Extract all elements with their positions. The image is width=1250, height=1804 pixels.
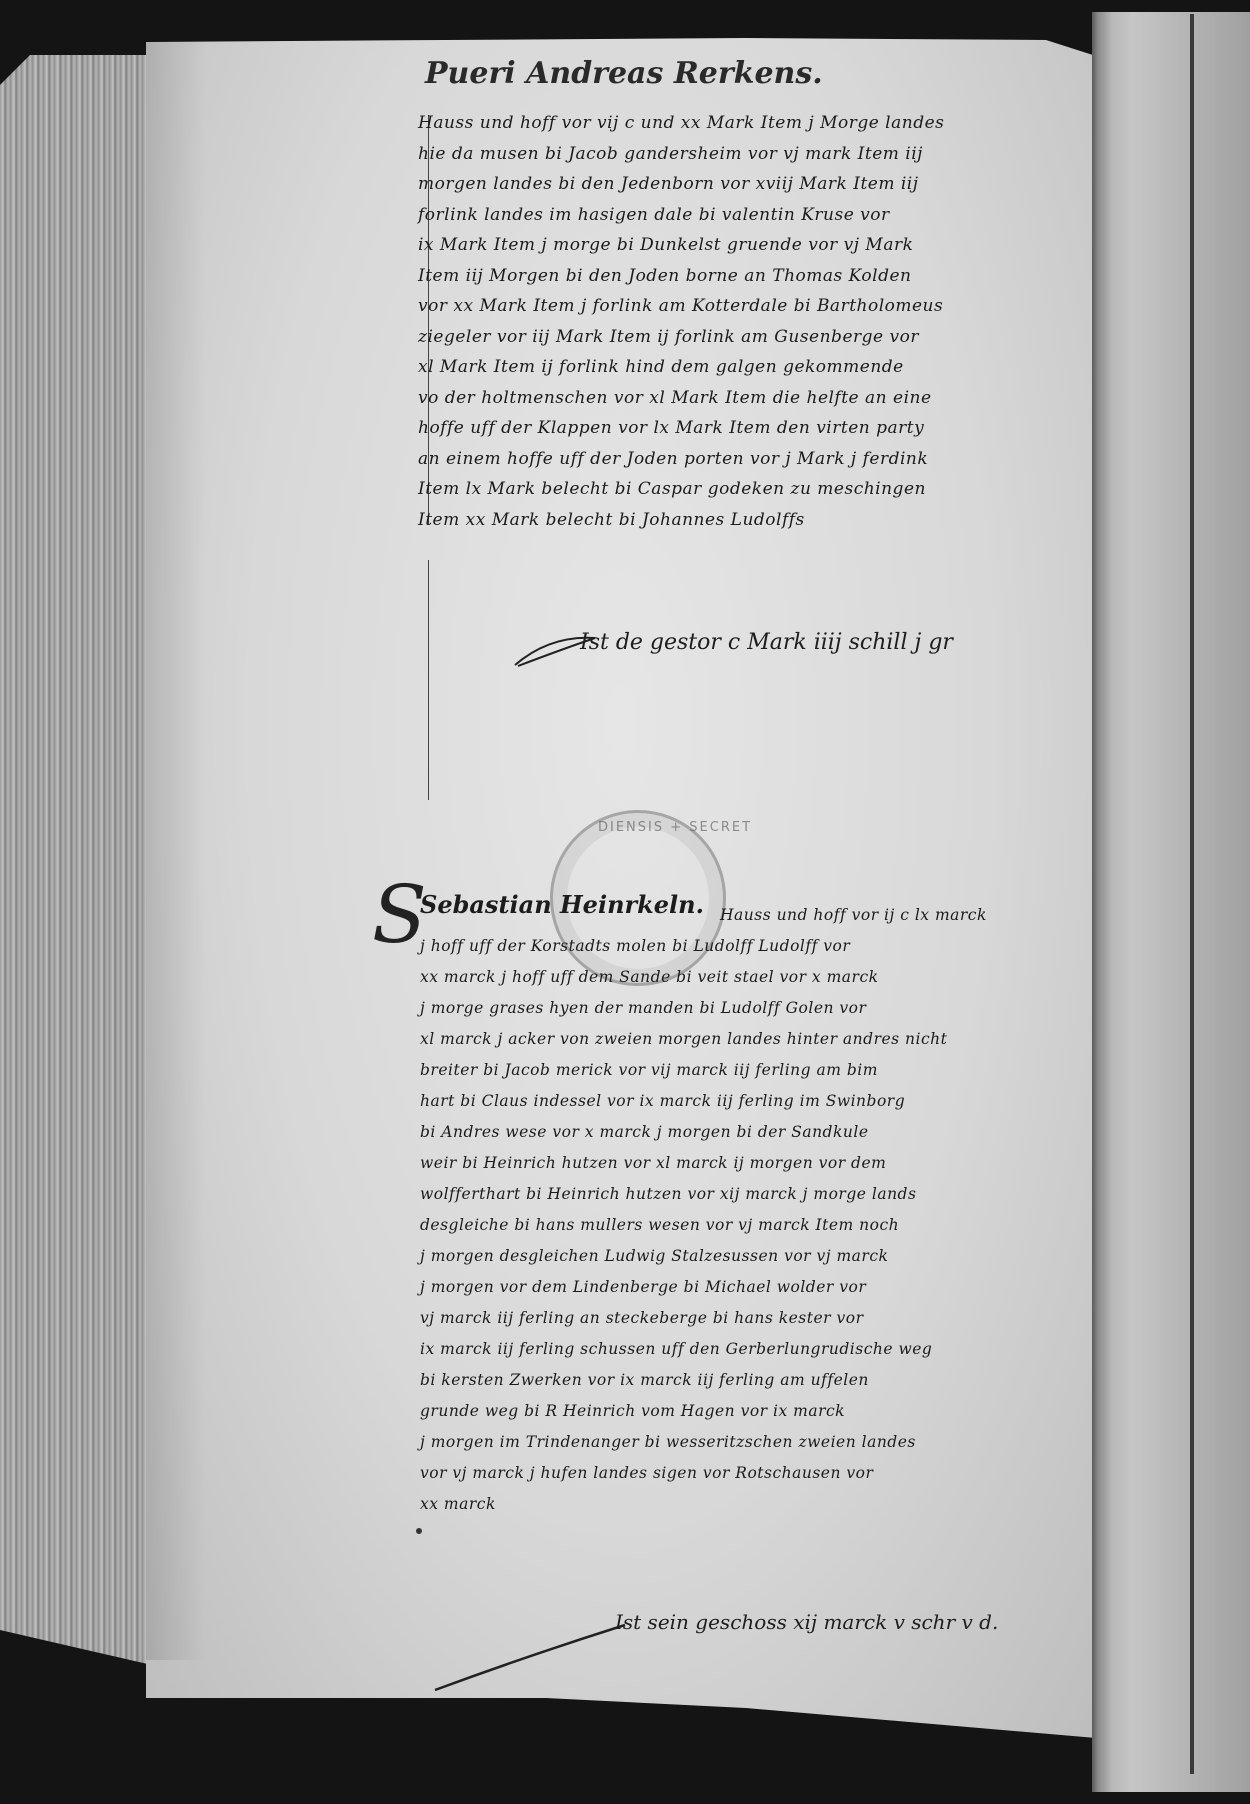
entry2-line: vj marck iij ferling an steckeberge bi h… xyxy=(420,1303,1140,1334)
entry1-line: forlink landes im hasigen dale bi valent… xyxy=(418,200,1138,231)
entry2-line: vor vj marck j hufen landes sigen vor Ro… xyxy=(420,1458,1140,1489)
entry1-line: hie da musen bi Jacob gandersheim vor vj… xyxy=(418,139,1138,170)
entry2-line: grunde weg bi R Heinrich vom Hagen vor i… xyxy=(420,1396,1140,1427)
entry2-line: bi Andres wese vor x marck j morgen bi d… xyxy=(420,1117,1140,1148)
entry1-line: vo der holtmenschen vor xl Mark Item die… xyxy=(418,383,1138,414)
entry2-line: ix marck iij ferling schussen uff den Ge… xyxy=(420,1334,1140,1365)
entry2-summary: Ist sein geschoss xij marck v schr v d. xyxy=(615,1610,998,1634)
entry1-line: Item lx Mark belecht bi Caspar godeken z… xyxy=(418,474,1138,505)
page-stack-edges xyxy=(0,55,152,1804)
entry1-line: ziegeler vor iij Mark Item ij forlink am… xyxy=(418,322,1138,353)
page-shadow xyxy=(146,40,206,1660)
entry1-line: ix Mark Item j morge bi Dunkelst gruende… xyxy=(418,230,1138,261)
entry1-summary: Ist de gestor c Mark iiij schill j gr xyxy=(580,630,953,655)
entry2-line: j morgen vor dem Lindenberge bi Michael … xyxy=(420,1272,1140,1303)
entry2-line: weir bi Heinrich hutzen vor xl marck ij … xyxy=(420,1148,1140,1179)
entry2-line: j morge grases hyen der manden bi Ludolf… xyxy=(420,993,1140,1024)
entry1-line: xl Mark Item ij forlink hind dem galgen … xyxy=(418,352,1138,383)
entry1-line: vor xx Mark Item j forlink am Kotterdale… xyxy=(418,291,1138,322)
entry2-line: bi kersten Zwerken vor ix marck iij ferl… xyxy=(420,1365,1140,1396)
entry1-line: hoffe uff der Klappen vor lx Mark Item d… xyxy=(418,413,1138,444)
entry1-line: Item iij Morgen bi den Joden borne an Th… xyxy=(418,261,1138,292)
entry2-line: hart bi Claus indessel vor ix marck iij … xyxy=(420,1086,1140,1117)
entry1-line: Hauss und hoff vor vij c und xx Mark Ite… xyxy=(418,108,1138,139)
entry1-line: an einem hoffe uff der Joden porten vor … xyxy=(418,444,1138,475)
ink-dot xyxy=(416,1528,422,1534)
entry2-line: Hauss und hoff vor ij c lx marck xyxy=(420,900,1140,931)
entry2-line: xl marck j acker von zweien morgen lande… xyxy=(420,1024,1140,1055)
gutter-fold xyxy=(1190,14,1194,1774)
entry1-line: Item xx Mark belecht bi Johannes Ludolff… xyxy=(418,505,1138,536)
flourish-icon xyxy=(430,1615,630,1695)
entry2-line: j hoff uff der Korstadts molen bi Ludolf… xyxy=(420,931,1140,962)
entry1-heading: Pueri Andreas Rerkens. xyxy=(425,56,823,91)
entry2-line: xx marck xyxy=(420,1489,1140,1520)
decorative-initial-s: S xyxy=(372,875,427,955)
entry1-text: Hauss und hoff vor vij c und xx Mark Ite… xyxy=(418,108,1138,535)
entry2-line: desgleiche bi hans mullers wesen vor vj … xyxy=(420,1210,1140,1241)
entry2-line: wolfferthart bi Heinrich hutzen vor xij … xyxy=(420,1179,1140,1210)
seal-text: DIENSIS + SECRET xyxy=(598,820,752,835)
entry2-line: j morgen desgleichen Ludwig Stalzesussen… xyxy=(420,1241,1140,1272)
entry2-line: xx marck j hoff uff dem Sande bi veit st… xyxy=(420,962,1140,993)
entry2-line: breiter bi Jacob merick vor vij marck ii… xyxy=(420,1055,1140,1086)
entry2-text: Hauss und hoff vor ij c lx marck j hoff … xyxy=(420,900,1140,1520)
entry1-line: morgen landes bi den Jedenborn vor xviij… xyxy=(418,169,1138,200)
entry2-line: j morgen im Trindenanger bi wesseritzsch… xyxy=(420,1427,1140,1458)
margin-rule-middle xyxy=(428,560,429,800)
